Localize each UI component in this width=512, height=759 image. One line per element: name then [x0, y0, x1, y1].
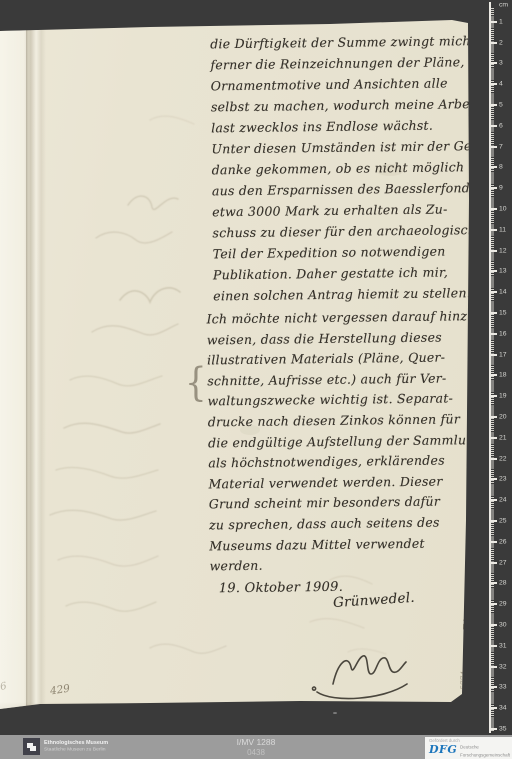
ruler-cm-label: 21: [499, 434, 507, 441]
ruler-cm-tick: [491, 146, 497, 148]
ruler-cm-tick: [491, 645, 497, 647]
ruler-cm-label: 11: [499, 226, 506, 233]
ruler-cm-tick: [491, 291, 497, 293]
ruler-cm-label: 28: [499, 580, 507, 587]
smb-logo-icon: [23, 738, 40, 755]
ruler-cm-label: 17: [499, 351, 507, 358]
ruler-cm-label: 18: [499, 372, 507, 379]
funder-name: Deutsche Forschungsgemeinschaft: [460, 745, 512, 759]
reference-block: I/MV 1288 0438: [237, 738, 276, 757]
ruler-cm-tick: [491, 458, 497, 460]
reference-page: 0438: [237, 748, 276, 758]
ruler-cm-label: 25: [499, 518, 507, 525]
ruler-cm-tick: [491, 21, 497, 23]
institution-block: Ethnologisches Museum Staatliche Museen …: [23, 738, 143, 755]
ruler-cm-tick: [491, 354, 497, 356]
letter-date: 19. Oktober 1909.: [219, 580, 343, 597]
pencil-note-vertical-upper: TA 2789: [462, 604, 482, 630]
ruler-cm-label: 20: [499, 414, 507, 421]
ruler-cm-label: 34: [499, 705, 507, 712]
ruler-cm-tick: [491, 333, 497, 335]
ruler-cm-tick: [491, 374, 497, 376]
funder-name-line1: Deutsche: [460, 745, 510, 749]
ruler-cm-tick: [491, 624, 497, 626]
ruler: cm12345678910111213141516171819202122232…: [482, 0, 512, 738]
ruler-cm-label: 14: [499, 289, 507, 296]
ruler-cm-tick: [491, 395, 497, 397]
ruler-cm-tick: [491, 416, 497, 418]
ruler-cm-tick: [491, 603, 497, 605]
ruler-cm-tick: [491, 83, 497, 85]
ruler-cm-label: 8: [499, 164, 503, 171]
scan-viewer: die Dürftigkeit der Summe zwingt michfer…: [0, 0, 512, 759]
ruler-cm-label: 16: [499, 330, 507, 337]
ruler-cm-tick: [491, 582, 497, 584]
reference-id: I/MV 1288: [237, 738, 276, 748]
ruler-cm-tick: [491, 562, 497, 564]
ruler-cm-label: 30: [499, 622, 507, 629]
ruler-cm-label: 13: [499, 268, 507, 275]
funder-name-line2: Forschungsgemeinschaft: [460, 753, 510, 757]
ruler-cm-tick: [491, 62, 497, 64]
dfg-logo-block: Gefördert durch DFG Deutsche Forschungsg…: [425, 737, 512, 759]
ruler-cm-tick: [491, 686, 497, 688]
ruler-cm-label: 4: [499, 81, 503, 88]
institution-name: Ethnologisches Museum: [44, 740, 111, 745]
ruler-cm-label: 31: [499, 642, 507, 649]
letter-line: ferner die Reinzeichnungen der Pläne,: [210, 51, 504, 76]
letter-line: schuss zu dieser für den archaeologische…: [212, 219, 506, 244]
margin-brace-mark: {: [185, 363, 207, 402]
pencil-note-vertical-lower: 5774: [459, 671, 468, 690]
ruler-cm-label: 15: [499, 310, 507, 317]
dust-speck: [333, 712, 337, 714]
ruler-cm-label: 2: [499, 39, 503, 46]
ruler-cm-label: 26: [499, 538, 507, 545]
letter-line: Ich möchte nicht vergessen darauf hinzu-: [206, 306, 481, 330]
ruler-cm-label: 12: [499, 247, 507, 254]
ruler-cm-label: 3: [499, 60, 503, 67]
ruler-cm-label: 10: [499, 206, 507, 213]
ruler-cm-tick: [491, 125, 497, 127]
ruler-cm-tick: [491, 270, 497, 272]
letter-line: drucke nach diesen Zinkos können für: [208, 409, 483, 433]
ruler-cm-tick: [491, 104, 497, 106]
letter-page: die Dürftigkeit der Summe zwingt michfer…: [0, 0, 482, 716]
ruler-cm-label: 9: [499, 185, 503, 192]
ruler-cm-label: 24: [499, 497, 507, 504]
ruler-cm-label: 7: [499, 143, 503, 150]
ruler-cm-tick: [491, 187, 497, 189]
ruler-cm-tick: [491, 707, 497, 709]
letter-line: aus den Ersparnissen des Baesslerfonds: [212, 177, 506, 202]
ruler-cm-tick: [491, 437, 497, 439]
ruler-cm-tick: [491, 250, 497, 252]
letter-line: Material verwendet werden. Dieser: [208, 471, 483, 495]
ruler-cm-label: 22: [499, 455, 507, 462]
letter-signature: Grünwedel.: [333, 590, 416, 611]
ruler-cm-tick: [491, 42, 497, 44]
letter-paragraph-1: die Dürftigkeit der Summe zwingt michfer…: [210, 30, 507, 307]
ruler-cm-label: 6: [499, 122, 503, 129]
ruler-cm-label: 33: [499, 684, 507, 691]
ruler-cm-tick: [491, 166, 497, 168]
letter-line: werden.: [209, 553, 484, 577]
ruler-unit-label: cm: [499, 2, 508, 9]
institution-subtitle: Staatliche Museen zu Berlin: [44, 747, 105, 752]
letter-line: selbst zu machen, wodurch meine Arbeits-: [211, 93, 505, 118]
ruler-cm-tick: [491, 666, 497, 668]
ruler-cm-tick: [491, 312, 497, 314]
footer-bar: Ethnologisches Museum Staatliche Museen …: [0, 735, 512, 759]
ruler-cm-tick: [491, 499, 497, 501]
ruler-cm-label: 29: [499, 601, 507, 608]
ruler-cm-label: 1: [499, 18, 503, 25]
ruler-cm-label: 23: [499, 476, 507, 483]
ruler-cm-label: 27: [499, 559, 507, 566]
ruler-cm-label: 32: [499, 663, 507, 670]
paraph-signature-mark: [305, 640, 455, 706]
ruler-cm-tick: [491, 229, 497, 231]
ruler-cm-tick: [491, 208, 497, 210]
ruler-cm-tick: [491, 541, 497, 543]
ruler-cm-tick: [491, 728, 497, 730]
dfg-logo: DFG: [429, 743, 457, 756]
letter-paragraph-2: Ich möchte nicht vergessen darauf hinzu-…: [206, 306, 484, 577]
ruler-cm-tick: [491, 478, 497, 480]
ruler-cm-label: 35: [499, 726, 507, 733]
letter-body: die Dürftigkeit der Summe zwingt michfer…: [0, 0, 486, 719]
ruler-cm-label: 19: [499, 393, 507, 400]
ruler-cm-tick: [491, 520, 497, 522]
ruler-cm-label: 5: [499, 102, 503, 109]
letter-line: einen solchen Antrag hiemit zu stellen.: [213, 282, 507, 307]
